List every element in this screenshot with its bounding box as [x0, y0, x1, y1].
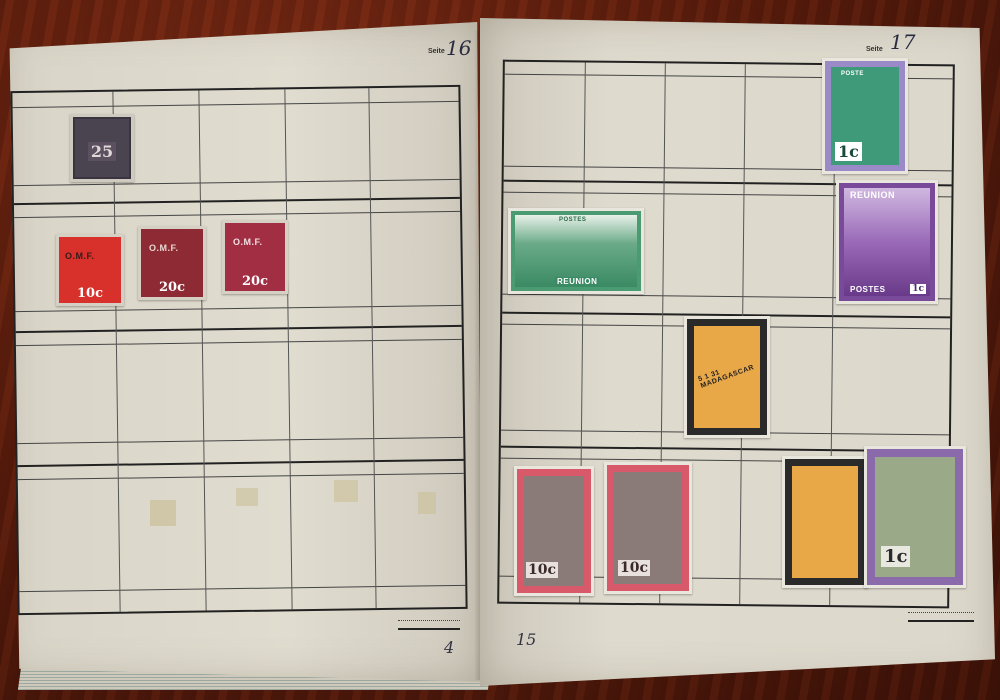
hinge-mark — [334, 480, 358, 502]
right-footer-number: 15 — [516, 630, 536, 649]
grid-line — [284, 89, 292, 609]
right-page-header-label: Seite — [866, 46, 883, 53]
footer-dotted-line — [398, 620, 460, 621]
grid-line — [16, 339, 462, 346]
stamp-album: Seite 16 25 O.M.F. 10c O.M.F. 20c — [0, 0, 1000, 700]
grid-line — [18, 459, 464, 467]
grid-line — [14, 211, 460, 218]
left-page-header-label: Seite — [428, 48, 445, 55]
footer-line — [398, 628, 460, 630]
stamp-omf-10c[interactable]: O.M.F. 10c — [56, 234, 124, 306]
hinge-mark — [150, 500, 176, 526]
stamp-guyane-1c[interactable]: POSTE 1c — [822, 58, 908, 174]
footer-dotted-line — [908, 612, 974, 613]
footer-line — [908, 620, 974, 622]
stamp-omf-20c-a[interactable]: O.M.F. 20c — [138, 226, 206, 300]
grid-line — [19, 585, 465, 592]
hinge-mark — [236, 488, 258, 506]
stamp-madagascar-postmarked[interactable]: POSTES 5 1 31 MADAGASCAR — [684, 316, 770, 438]
stamp-madagascar-orange[interactable]: POSTES — [782, 456, 868, 588]
grid-line — [198, 91, 206, 611]
grid-line — [16, 325, 462, 333]
grid-line — [14, 197, 460, 205]
grid-line — [18, 473, 464, 480]
left-footer-number: 4 — [444, 638, 454, 657]
stamp-reunion-waterfall-1c[interactable]: REUNION POSTES 1c — [836, 180, 938, 304]
stamp-omf-20c-b[interactable]: O.M.F. 20c — [222, 220, 288, 294]
grid-line — [368, 88, 376, 608]
grid-line — [17, 437, 463, 444]
stamp-madagascar-1c[interactable]: POSTES 1c — [864, 446, 966, 588]
stamp-france-25[interactable]: 25 — [70, 114, 134, 182]
left-page-number: 16 — [446, 36, 471, 60]
stamp-madagascar-10c-b[interactable]: POSTES 10c — [604, 462, 692, 594]
stamp-reunion-landscape[interactable]: POSTES REUNION — [508, 208, 644, 294]
stamp-madagascar-10c-a[interactable]: POSTES 10c — [514, 466, 594, 596]
hinge-mark — [418, 492, 436, 514]
grid-line — [13, 101, 459, 108]
right-page-number: 17 — [890, 30, 915, 54]
